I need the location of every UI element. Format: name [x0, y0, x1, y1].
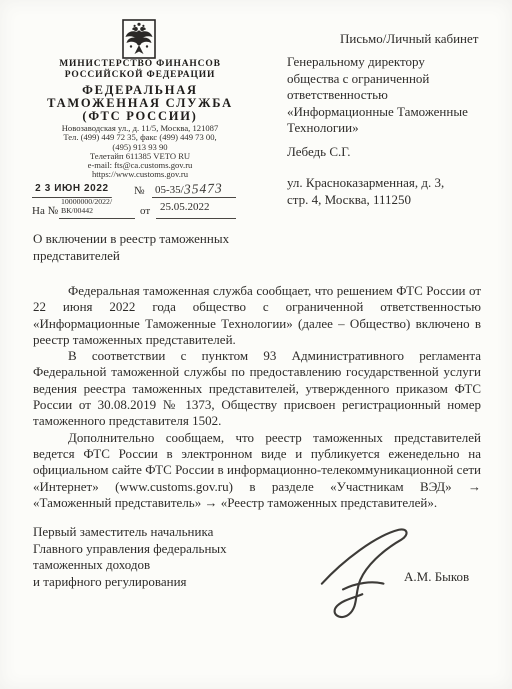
delivery-method: Письмо/Личный кабинет: [340, 31, 478, 47]
from-label: от: [140, 205, 150, 217]
addressee-line: общества с ограниченной: [287, 71, 487, 88]
incoming-number-bottom: ВК/00442: [61, 206, 135, 215]
outgoing-number: 05-35/35473: [152, 181, 236, 198]
addressee-line: Технологии»: [287, 120, 487, 137]
signer-title-line: таможенных доходов: [33, 557, 273, 574]
letter-document: МИНИСТЕРСТВО ФИНАНСОВ РОССИЙСКОЙ ФЕДЕРАЦ…: [0, 0, 512, 689]
letter-body: Федеральная таможенная служба сообщает, …: [33, 283, 481, 511]
coat-of-arms-icon: [122, 19, 156, 64]
agency-name: ФЕДЕРАЛЬНАЯ ТАМОЖЕННАЯ СЛУЖБА (ФТС РОССИ…: [22, 84, 258, 123]
addressee-block: Генеральному директору общества с ограни…: [287, 54, 487, 137]
subject-line: О включении в реестр таможенных представ…: [33, 230, 263, 264]
incoming-number: 10000000/2022/ ВК/00442: [59, 194, 135, 219]
recipient-address: ул. Красноказарменная, д. 3, стр. 4, Мос…: [287, 174, 487, 208]
reply-label: На №: [32, 205, 58, 217]
body-paragraph: Федеральная таможенная служба сообщает, …: [33, 283, 481, 348]
signer-title-line: Первый заместитель начальника: [33, 524, 273, 541]
recipient-address-line: ул. Красноказарменная, д. 3,: [287, 174, 487, 191]
body-paragraph: Дополнительно сообщаем, что реестр тамож…: [33, 430, 481, 511]
addressee-line: «Информационные Таможенные: [287, 104, 487, 121]
signer-title: Первый заместитель начальника Главного у…: [33, 524, 273, 590]
signer-name: А.М. Быков: [404, 569, 469, 585]
incoming-number-top: 10000000/2022/: [61, 197, 135, 206]
ministry-name-line: РОССИЙСКОЙ ФЕДЕРАЦИИ: [22, 70, 258, 81]
org-contact-block: Новозаводская ул., д. 11/5, Москва, 1210…: [22, 124, 258, 180]
signer-title-line: и тарифного регулирования: [33, 574, 273, 591]
addressee-person: Лебедь С.Г.: [287, 144, 351, 160]
number-label: №: [134, 185, 145, 197]
outgoing-number-printed: 05-35/: [155, 184, 184, 196]
addressee-line: ответственностью: [287, 87, 487, 104]
reference-block: 2 3 ИЮН 2022 № 05-35/35473 На № 10000000…: [22, 181, 258, 225]
agency-name-line: (ФТС РОССИИ): [22, 110, 258, 123]
ministry-name: МИНИСТЕРСТВО ФИНАНСОВ РОССИЙСКОЙ ФЕДЕРАЦ…: [22, 59, 258, 80]
ministry-name-line: МИНИСТЕРСТВО ФИНАНСОВ: [22, 59, 258, 70]
incoming-date: 25.05.2022: [156, 201, 236, 219]
outgoing-number-handwritten: 35473: [183, 180, 222, 197]
recipient-address-line: стр. 4, Москва, 111250: [287, 191, 487, 208]
signer-title-line: Главного управления федеральных: [33, 541, 273, 558]
body-paragraph: В соответствии с пунктом 93 Администрати…: [33, 348, 481, 429]
org-website-line: https://www.customs.gov.ru: [22, 170, 258, 179]
addressee-line: Генеральному директору: [287, 54, 487, 71]
